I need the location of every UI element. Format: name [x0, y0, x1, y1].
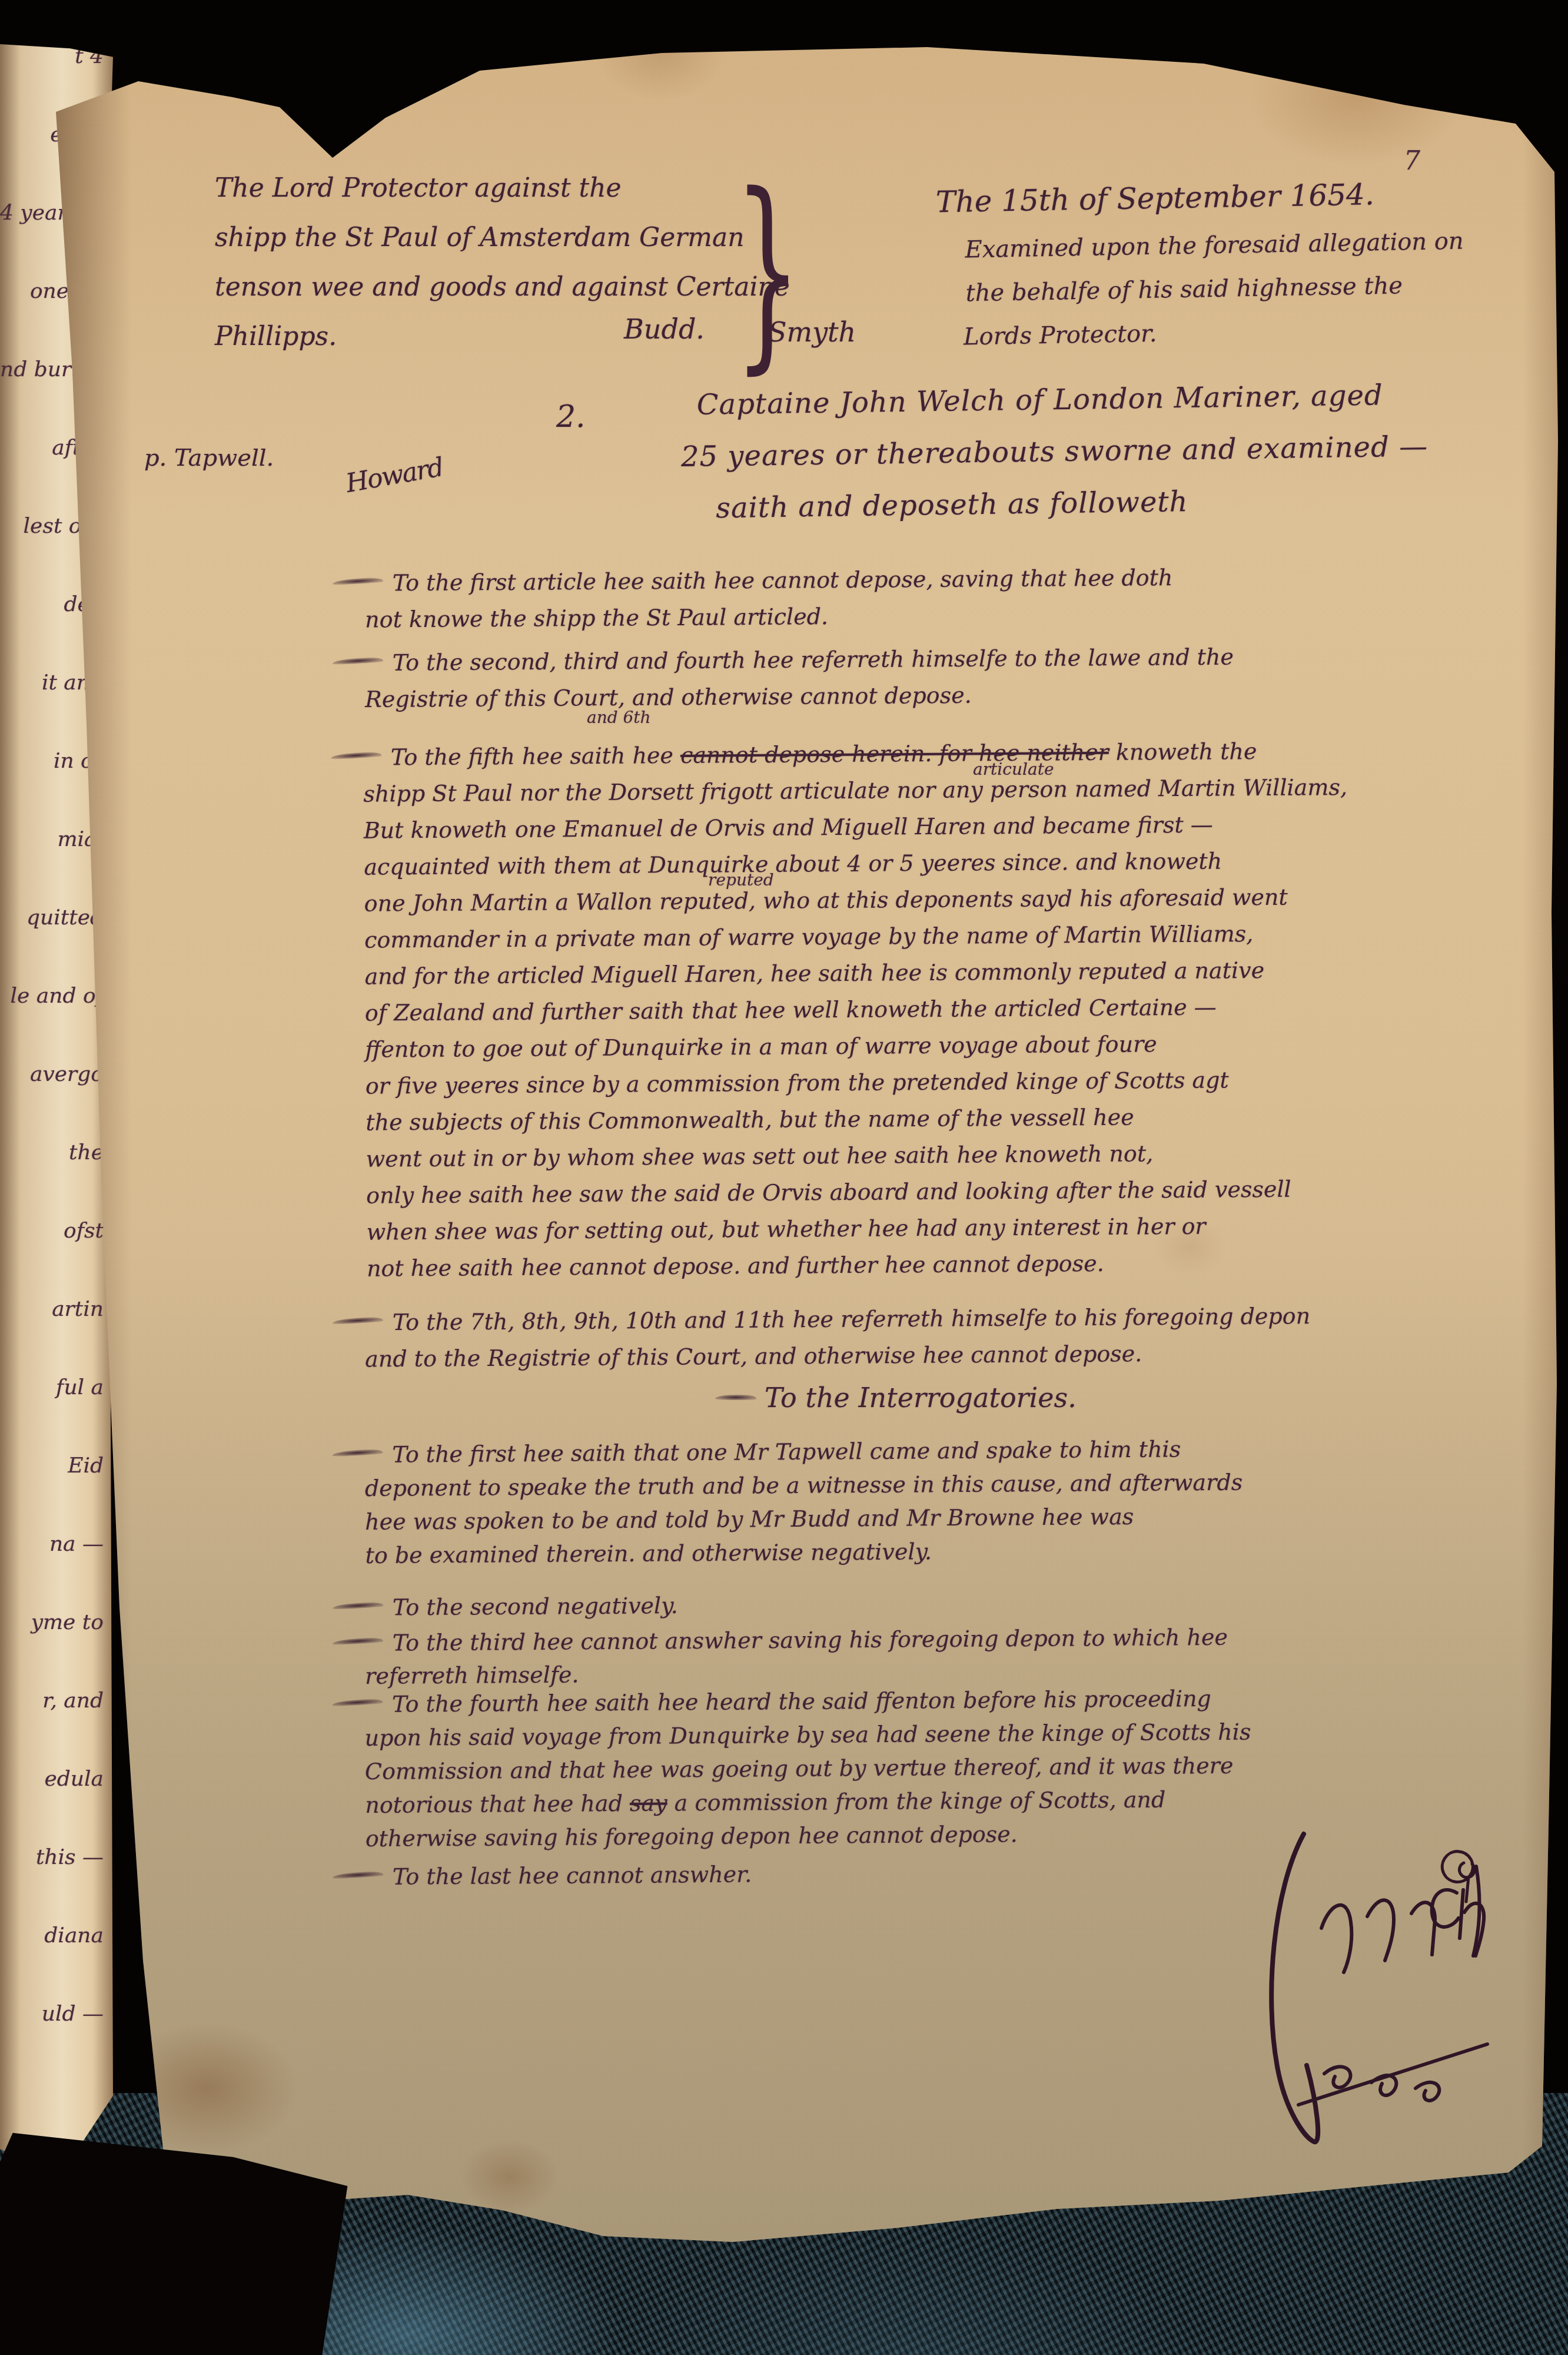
handwritten-line: when shee was for setting out, but wheth…	[334, 1207, 1350, 1251]
handwritten-text: knoweth the	[1109, 738, 1257, 765]
handwritten-line: Registrie of this Court, and otherwise c…	[333, 675, 1234, 718]
handwritten-line: the	[0, 1140, 113, 1219]
interlineation-reputed: reputed	[708, 870, 774, 890]
handwritten-line: 25 yeares or thereabouts sworne and exam…	[680, 420, 1428, 483]
handwritten-line: To the last hee cannot answher.	[333, 1856, 752, 1896]
handwritten-line: ful a	[0, 1375, 113, 1454]
handwritten-line: The 15th of September 1654.	[935, 171, 1463, 224]
handwritten-text: a commission from the kinge of Scotts, a…	[667, 1787, 1165, 1816]
handwritten-line: Captaine John Welch of London Mariner, a…	[696, 369, 1427, 430]
handwritten-line: edula	[0, 1767, 113, 1845]
photograph-background: { "photo": { "background_color": "#09060…	[0, 0, 1568, 2355]
handwritten-line: not hee saith hee cannot depose. and fur…	[334, 1243, 1351, 1287]
signature-john-walsh	[1127, 1819, 1504, 2149]
struck-through-text: say	[630, 1790, 667, 1816]
handwritten-line: To the second negatively.	[333, 1587, 678, 1626]
handwritten-line: otherwise saving his foregoing depon hee…	[333, 1816, 1252, 1856]
answer-interrogatory-3: To the third hee cannot answher saving h…	[333, 1621, 1228, 1693]
handwritten-line: To the second, third and fourth hee refe…	[333, 639, 1234, 682]
handwritten-line: yme to	[0, 1610, 113, 1689]
answer-interrogatory-last: To the last hee cannot answher.	[333, 1856, 752, 1896]
handwritten-line: na —	[0, 1532, 113, 1610]
handwritten-line: avergo	[0, 1062, 113, 1140]
interlineation-and-6th: and 6th	[587, 708, 651, 727]
handwritten-line: r, and	[0, 1689, 113, 1767]
handwritten-line: saith and deposeth as followeth	[716, 472, 1429, 534]
handwritten-line: Eid	[0, 1454, 113, 1532]
handwritten-line: The Lord Protector against the	[215, 164, 790, 213]
handwritten-line: artin	[0, 1297, 113, 1375]
handwritten-line: hee was spoken to be and told by Mr Budd…	[333, 1500, 1243, 1540]
answer-articles-2-4: To the second, third and fourth hee refe…	[333, 639, 1234, 718]
handwritten-line: or five yeeres since by a commission fro…	[333, 1061, 1350, 1104]
answer-articles-7-11: To the 7th, 8th, 9th, 10th and 11th hee …	[333, 1298, 1311, 1378]
handwritten-line: this —	[0, 1845, 113, 1923]
handwritten-line: diana	[0, 1923, 113, 2002]
handwritten-line: shipp the St Paul of Amsterdam German	[215, 213, 790, 263]
answer-article-1: To the first article hee saith hee canno…	[333, 559, 1173, 638]
answer-interrogatory-4: To the fourth hee saith hee heard the sa…	[332, 1682, 1252, 1856]
margin-deposition-number: 2.	[556, 399, 586, 434]
handwritten-line: the behalfe of his said highnesse the	[965, 263, 1464, 316]
margin-clerk-note: Howard	[344, 452, 445, 499]
handwritten-line: tenson wee and goods and against Certain…	[215, 263, 790, 312]
deponent-heading: Captaine John Welch of London Mariner, a…	[696, 369, 1429, 534]
interrogatories-heading: To the Interrogatories.	[715, 1382, 1077, 1414]
handwritten-text: notorious that hee had	[365, 1790, 630, 1818]
handwritten-line: and to the Registrie of this Court, and …	[333, 1334, 1311, 1378]
proctor-name-smyth: Smyth	[768, 316, 856, 348]
answer-articles-5-6: To the fifth hee saith hee cannot depose…	[331, 732, 1351, 1287]
handwritten-line: to be examined therein. and otherwise ne…	[333, 1533, 1243, 1573]
proctor-name-budd: Budd.	[624, 313, 705, 345]
handwritten-line: Lords Protector.	[963, 307, 1465, 359]
handwritten-line: ofst	[0, 1219, 113, 1297]
handwritten-line: not knowe the shipp the St Paul articled…	[333, 596, 1173, 638]
manuscript-page: The Lord Protector against theshipp the …	[56, 29, 1568, 2243]
date-and-examination-note: The 15th of September 1654.Examined upon…	[964, 171, 1465, 359]
answer-interrogatory-1: To the first hee saith that one Mr Tapwe…	[332, 1432, 1243, 1573]
curly-brace: }	[734, 152, 802, 393]
margin-examiner-note: p. Tapwell.	[144, 445, 274, 472]
handwritten-text: To the fifth hee saith hee	[391, 742, 680, 770]
page-number: 7	[1404, 146, 1420, 176]
handwritten-line: To the first article hee saith hee canno…	[333, 559, 1173, 602]
interlineation-articulate: articulate	[973, 759, 1054, 779]
handwritten-line: of Zealand and further saith that hee we…	[333, 988, 1349, 1031]
handwritten-line: To the third hee cannot answher saving h…	[333, 1621, 1228, 1660]
handwritten-line: uld —	[0, 2002, 113, 2080]
handwritten-line: notorious that hee had say a commission …	[333, 1783, 1251, 1823]
handwritten-line: To the 7th, 8th, 9th, 10th and 11th hee …	[333, 1298, 1311, 1341]
answer-interrogatory-2: To the second negatively.	[333, 1587, 678, 1626]
